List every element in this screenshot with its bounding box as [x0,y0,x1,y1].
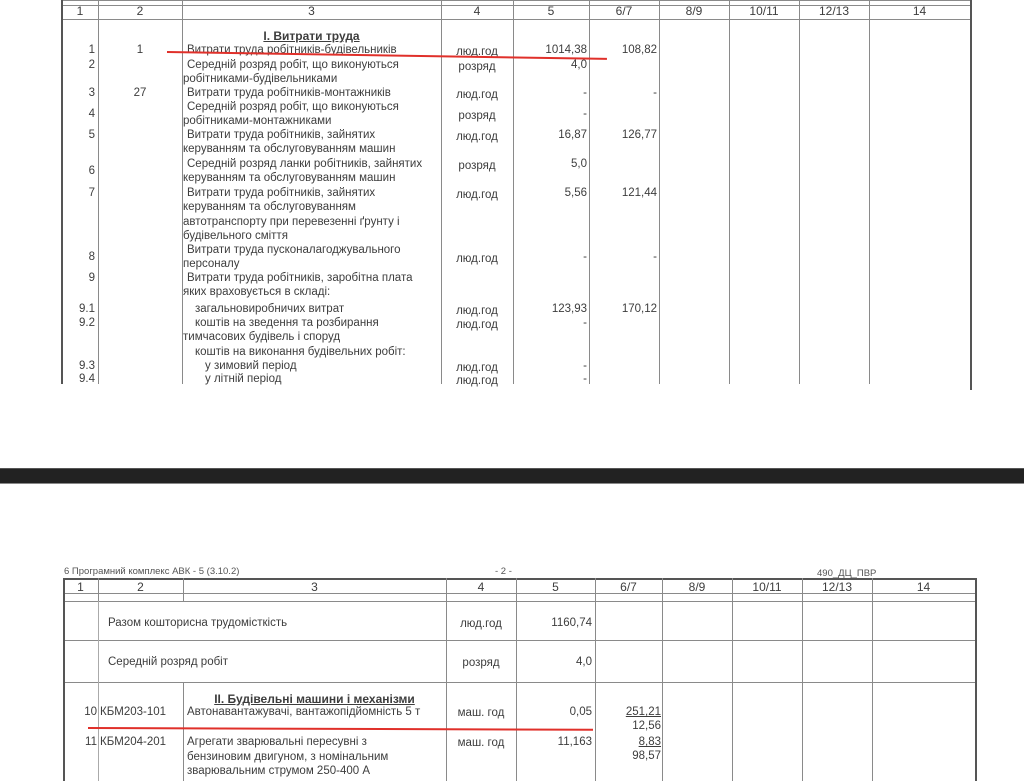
row-number: 7 [62,186,95,200]
row-description: керуванням та обслуговуванням [183,200,356,214]
row-unit: люд.год [441,304,513,318]
column-header: 2 [98,580,183,594]
table-border-right [970,0,972,390]
row-description: робітниками-будівельниками [183,72,337,86]
row-quantity: - [513,86,587,100]
row-quantity: - [513,107,587,121]
row-unit: люд.год [441,374,513,388]
red-annotation-line [88,727,593,730]
column-header: 4 [446,580,516,594]
column-header: 14 [872,580,975,594]
row-unit: люд.год [441,88,513,102]
column-header: 4 [441,4,513,18]
row-description: бензиновим двигуном, з номінальним [187,750,388,764]
column-header: 10/11 [732,580,802,594]
row-description: будівельного сміття [183,229,288,243]
avg-grade-value: 4,0 [516,655,592,669]
row-quantity: 0,05 [516,705,592,719]
row-number: 5 [62,128,95,142]
row-number: 9.2 [62,316,95,330]
section-title-labor: І. Витрати труда [182,29,441,43]
column-header: 6/7 [589,4,659,18]
column-header: 3 [183,580,446,594]
row-number: 9.4 [62,372,95,386]
row-description: керуванням та обслуговуванням машин [183,142,395,156]
row-unit: розряд [441,159,513,173]
row-description: робітниками-монтажниками [183,114,331,128]
total-labor-unit: люд.год [446,617,516,631]
row-number: 2 [62,58,95,72]
column-divider [446,578,447,781]
table-border-right [975,578,977,781]
header-separator [62,19,970,20]
row-description: керуванням та обслуговуванням машин [183,171,395,185]
document-page-bottom: 6 Програмний комплекс АВК - 5 (3.10.2) -… [0,484,1024,781]
row-value-6-7: - [589,86,657,100]
row-number: 6 [62,164,95,178]
row-code: КБМ203-101 [100,705,166,719]
row-unit: люд.год [441,361,513,375]
column-divider [799,0,800,384]
row-number: 9.1 [62,302,95,316]
row-quantity: 5,0 [513,157,587,171]
column-divider [98,601,99,781]
row-separator [64,682,976,683]
column-divider [872,578,873,781]
column-header: 8/9 [659,4,729,18]
column-header: 8/9 [662,580,732,594]
row-description: у зимовий період [205,359,297,373]
row-description: персоналу [183,257,240,271]
row-value-6-7-top: 251,21 [595,705,661,719]
row-description: Витрати труда робітників-монтажників [187,86,391,100]
total-labor-value: 1160,74 [516,616,592,630]
row-number: 3 [62,86,95,100]
row-description: зварювальним струмом 250-400 А [187,764,370,778]
row-description: Витрати труда робітників, зайнятих [187,128,375,142]
row-code: 27 [98,86,182,100]
row-unit: люд.год [441,318,513,332]
row-description: коштів на зведення та розбирання [195,316,379,330]
row-quantity: - [513,372,587,386]
row-unit: розряд [441,60,513,74]
row-number: 8 [62,250,95,264]
row-number: 10 [63,705,97,719]
row-separator [64,601,976,602]
table-border-left [63,578,65,781]
row-quantity: 1014,38 [513,43,587,57]
row-separator [64,640,976,641]
row-quantity: 11,163 [516,735,592,749]
column-header: 5 [513,4,589,18]
column-header: 12/13 [802,580,872,594]
row-quantity: - [513,250,587,264]
row-description: Витрати труда робітників, зайнятих [187,186,375,200]
row-description: Середній розряд ланки робітників, зайнят… [187,157,422,171]
column-header: 1 [63,580,98,594]
row-unit: розряд [441,109,513,123]
column-divider [732,578,733,781]
column-header: 1 [62,4,98,18]
row-value-6-7: 126,77 [589,128,657,142]
document-page-top: 123456/78/910/1112/1314 І. Витрати труда… [0,0,1024,470]
column-header: 10/11 [729,4,799,18]
row-quantity: 123,93 [513,302,587,316]
row-description: Середній розряд робіт, що виконуються [187,100,399,114]
row-number: 1 [62,43,95,57]
row-description: Середній розряд робіт, що виконуються [187,58,399,72]
section-title-machines: ІІ. Будівельні машини і механізми [183,692,446,706]
row-value-6-7: - [589,250,657,264]
software-footer: 6 Програмний комплекс АВК - 5 (3.10.2) [64,565,239,579]
row-description: у літній період [205,372,281,386]
row-description: яких враховується в складі: [183,285,330,299]
row-value-6-7: 108,82 [589,43,657,57]
row-description: Автонавантажувачі, вантажопідйомність 5 … [187,705,420,719]
column-divider [659,0,660,384]
column-divider [662,578,663,781]
row-quantity: - [513,316,587,330]
row-value-6-7-bottom: 12,56 [595,719,661,733]
page-number: - 2 - [495,565,512,579]
row-value-6-7-top: 8,83 [595,735,661,749]
row-description: Витрати труда робітників, заробітна плат… [187,271,412,285]
column-header: 6/7 [595,580,662,594]
row-quantity: 5,56 [513,186,587,200]
row-description: коштів на виконання будівельних робіт: [195,345,406,359]
column-header: 2 [98,4,182,18]
row-value-6-7: 170,12 [589,302,657,316]
row-value-6-7-bottom: 98,57 [595,749,661,763]
row-number: 4 [62,107,95,121]
row-number: 11 [63,735,97,749]
column-divider [802,578,803,781]
page-divider [0,468,1024,484]
column-divider [98,0,99,384]
row-quantity: 4,0 [513,58,587,72]
row-unit: люд.год [441,188,513,202]
row-code: 1 [98,43,182,57]
row-description: Агрегати зварювальні пересувні з [187,735,367,749]
row-description: Витрати труда пусконалагоджувального [187,243,401,257]
row-unit: маш. год [446,736,516,750]
column-divider [182,0,183,384]
column-header: 12/13 [799,4,869,18]
row-code: КБМ204-201 [100,735,166,749]
table-border [62,0,970,1]
column-divider [869,0,870,384]
column-divider [729,0,730,384]
row-number: 9.3 [62,359,95,373]
row-unit: люд.год [441,252,513,266]
column-header: 5 [516,580,595,594]
row-description: автотранспорту при перевезенні ґрунту і [183,215,400,229]
row-number: 9 [62,271,95,285]
row-unit: маш. год [446,706,516,720]
avg-grade-label: Середній розряд робіт [108,655,228,669]
row-description: загальновиробничих витрат [195,302,344,316]
row-description: тимчасових будівель і споруд [183,330,340,344]
column-header: 3 [182,4,441,18]
column-divider [516,578,517,781]
row-quantity: - [513,359,587,373]
row-quantity: 16,87 [513,128,587,142]
column-header: 14 [869,4,970,18]
row-value-6-7: 121,44 [589,186,657,200]
total-labor-label: Разом кошторисна трудомісткість [108,616,287,630]
row-unit: люд.год [441,130,513,144]
avg-grade-unit: розряд [446,656,516,670]
